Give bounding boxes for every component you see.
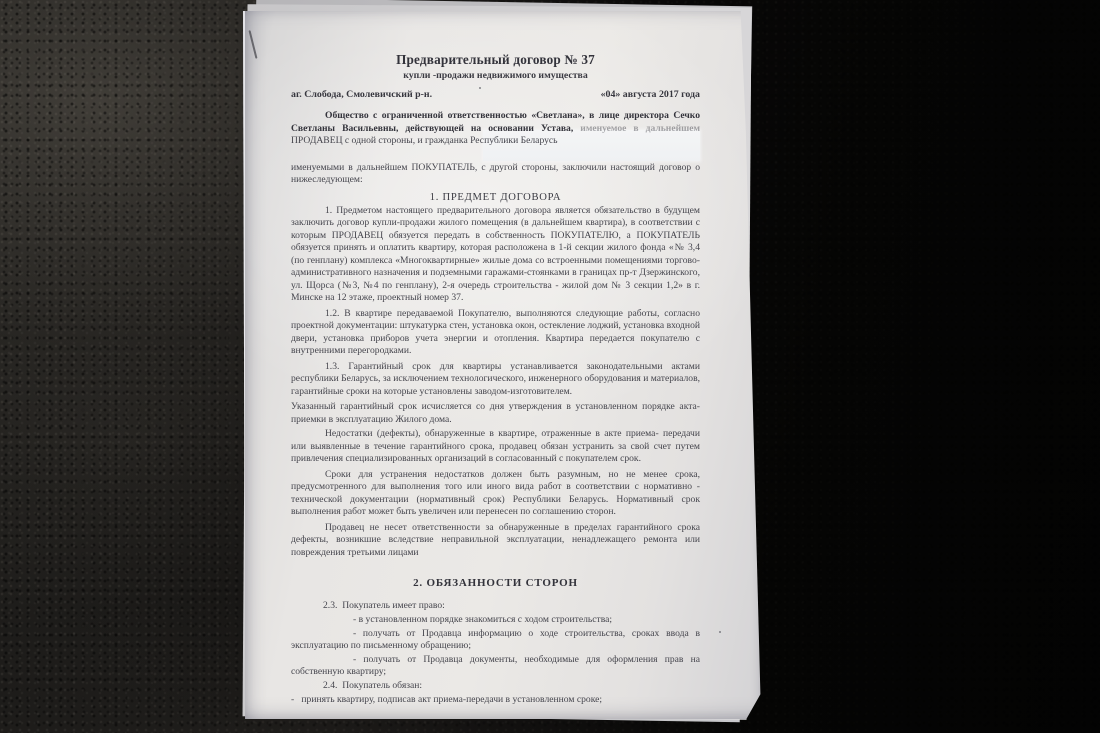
- photo-scene: Предварительный договор № 37 купли -прод…: [0, 0, 1100, 733]
- clause-2-4-item-1: - принять квартиру, подписав акт приема-…: [291, 694, 700, 707]
- place-text: аг. Слобода, Смолевичский р-н.: [291, 89, 432, 101]
- place-date-line: аг. Слобода, Смолевичский р-н. «04» авгу…: [291, 89, 700, 101]
- clause-2-4: 2.4. Покупатель обязан:: [291, 680, 700, 693]
- contract-paragraph-1-2: 1.2. В квартире передаваемой Покупателю,…: [291, 308, 700, 358]
- contract-paragraph-1-3: 1.3. Гарантийный срок для квартиры устан…: [291, 361, 700, 399]
- section-2-heading: 2. ОБЯЗАННОСТИ СТОРОН: [291, 577, 700, 591]
- contract-paragraph-terms: Сроки для устранения недостатков должен …: [291, 469, 700, 519]
- section-1-heading: 1. ПРЕДМЕТ ДОГОВОРА: [291, 191, 700, 204]
- buyer-paragraph: именуемыми в дальнейшем ПОКУПАТЕЛЬ, с др…: [291, 162, 700, 187]
- seller-named-text: именуемое в дальнейшем: [573, 123, 700, 134]
- contract-paragraph-defects: Недостатки (дефекты), обнаруженные в ква…: [291, 428, 700, 466]
- contract-text: Предварительный договор № 37 купли -прод…: [243, 11, 763, 708]
- date-text: «04» августа 2017 года: [601, 89, 700, 101]
- clause-2-3-item-2: - получать от Продавца информацию о ходе…: [291, 628, 700, 653]
- clause-2-3-item-1: - в установленном порядке знакомиться с …: [291, 614, 700, 627]
- document-title: Предварительный договор № 37: [291, 52, 700, 67]
- seller-rest-text: ПРОДАВЕЦ с одной стороны, и гражданка Ре…: [291, 135, 558, 146]
- document-subtitle: купли -продажи недвижимого имущества: [291, 70, 700, 82]
- preamble-paragraph: Общество с ограниченной ответственностью…: [291, 110, 700, 148]
- contract-paragraph-warranty-term: Указанный гарантийный срок исчисляется с…: [291, 401, 700, 426]
- contract-paragraph-liability: Продавец не несет ответственности за обн…: [291, 522, 700, 560]
- clause-2-3-item-3: - получать от Продавца документы, необхо…: [291, 654, 700, 679]
- contract-page: Предварительный договор № 37 купли -прод…: [243, 11, 763, 719]
- clause-2-3: 2.3. Покупатель имеет право:: [291, 600, 700, 613]
- contract-paragraph-1-1: 1. Предметом настоящего предварительного…: [291, 205, 700, 305]
